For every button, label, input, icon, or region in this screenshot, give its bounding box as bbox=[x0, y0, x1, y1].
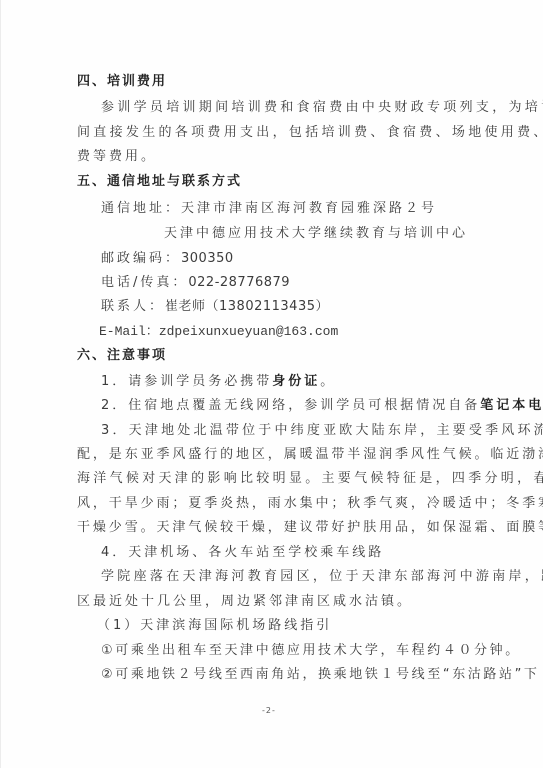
address-line2: 天津中德应用技术大学继续教育与培训中心 bbox=[164, 226, 468, 242]
section-heading-contact: 五、通信地址与联系方式 bbox=[77, 174, 242, 190]
email-label: E-Mail： bbox=[99, 324, 159, 339]
address-line1: 天津市津南区海河教育园雅深路２号 bbox=[181, 201, 437, 216]
paragraph-line: 费等费用。 bbox=[77, 149, 157, 165]
route-airport-step-2: ②可乘地铁２号线至西南角站，换乘地铁１号线至“东沽路站”下 bbox=[101, 667, 540, 683]
id-card-emphasis: 身份证 bbox=[272, 374, 320, 389]
note-item-4-line: 区最近处十几公里，周边紧邻津南区咸水沽镇。 bbox=[77, 594, 413, 610]
note-text: 1．请参训学员务必携带 bbox=[101, 374, 272, 389]
document-page: 四、培训费用 参训学员培训期间培训费和食宿费由中央财政专项列支，为培训期 间直接… bbox=[0, 0, 543, 768]
phone-row: 电话/传真：022-28776879 bbox=[101, 275, 290, 291]
contact-label: 联系人： bbox=[101, 299, 165, 314]
contact-row: 联系人：崔老师（13802113435） bbox=[101, 299, 329, 315]
note-item-4-line: 学院座落在天津海河教育园区，位于天津东部海河中游南岸，距市 bbox=[101, 569, 543, 585]
phone-value: 022-28776879 bbox=[188, 275, 290, 290]
route-airport-step-1: ①可乘坐出租车至天津中德应用技术大学，车程约４０分钟。 bbox=[101, 643, 521, 659]
note-item-3-line: 海洋气候对天津的影响比较明显。主要气候特征是，四季分明，春季多 bbox=[77, 471, 543, 487]
phone-label: 电话/传真： bbox=[101, 275, 188, 290]
paragraph-line: 参训学员培训期间培训费和食宿费由中央财政专项列支，为培训期 bbox=[101, 100, 543, 116]
note-item-2: 2．住宿地点覆盖无线网络，参训学员可根据情况自备笔记本电脑。 bbox=[101, 398, 543, 414]
note-item-3-line: 配，是东亚季风盛行的地区，属暖温带半湿润季风性气候。临近渤海湾， bbox=[77, 447, 543, 463]
contact-value: 崔老师（13802113435） bbox=[165, 299, 329, 314]
email-value: zdpeixunxueyuan@163.com bbox=[159, 324, 338, 339]
section-heading-notes: 六、注意事项 bbox=[77, 348, 167, 364]
note-item-3-line: 3．天津地处北温带位于中纬度亚欧大陆东岸，主要受季风环流的支 bbox=[101, 423, 543, 439]
note-item-1: 1．请参训学员务必携带身份证。 bbox=[101, 374, 336, 390]
paragraph-line: 间直接发生的各项费用支出，包括培训费、食宿费、场地使用费、资料 bbox=[77, 125, 543, 141]
note-text: 2．住宿地点覆盖无线网络，参训学员可根据情况自备 bbox=[101, 398, 480, 413]
address-row: 通信地址：天津市津南区海河教育园雅深路２号 bbox=[101, 201, 437, 217]
section-heading-training-fees: 四、培训费用 bbox=[77, 74, 167, 90]
email-row: E-Mail：zdpeixunxueyuan@163.com bbox=[99, 324, 338, 340]
postcode-value: 300350 bbox=[181, 251, 234, 266]
note-item-3-line: 风，干旱少雨；夏季炎热，雨水集中；秋季气爽，冷暖适中；冬季寒冷， bbox=[77, 496, 543, 512]
laptop-emphasis: 笔记本电脑 bbox=[480, 398, 543, 413]
note-text: 。 bbox=[320, 374, 336, 389]
page-number: -2- bbox=[262, 706, 276, 715]
postcode-label: 邮政编码： bbox=[101, 251, 181, 266]
route-airport-title: （1）天津滨海国际机场路线指引 bbox=[97, 618, 332, 634]
postcode-row: 邮政编码：300350 bbox=[101, 251, 234, 267]
note-item-4-title: 4．天津机场、各火车站至学校乘车线路 bbox=[101, 545, 384, 561]
address-label: 通信地址： bbox=[101, 201, 181, 216]
note-item-3-line: 干燥少雪。天津气候较干燥，建议带好护肤用品，如保湿霜、面膜等。 bbox=[77, 520, 543, 536]
